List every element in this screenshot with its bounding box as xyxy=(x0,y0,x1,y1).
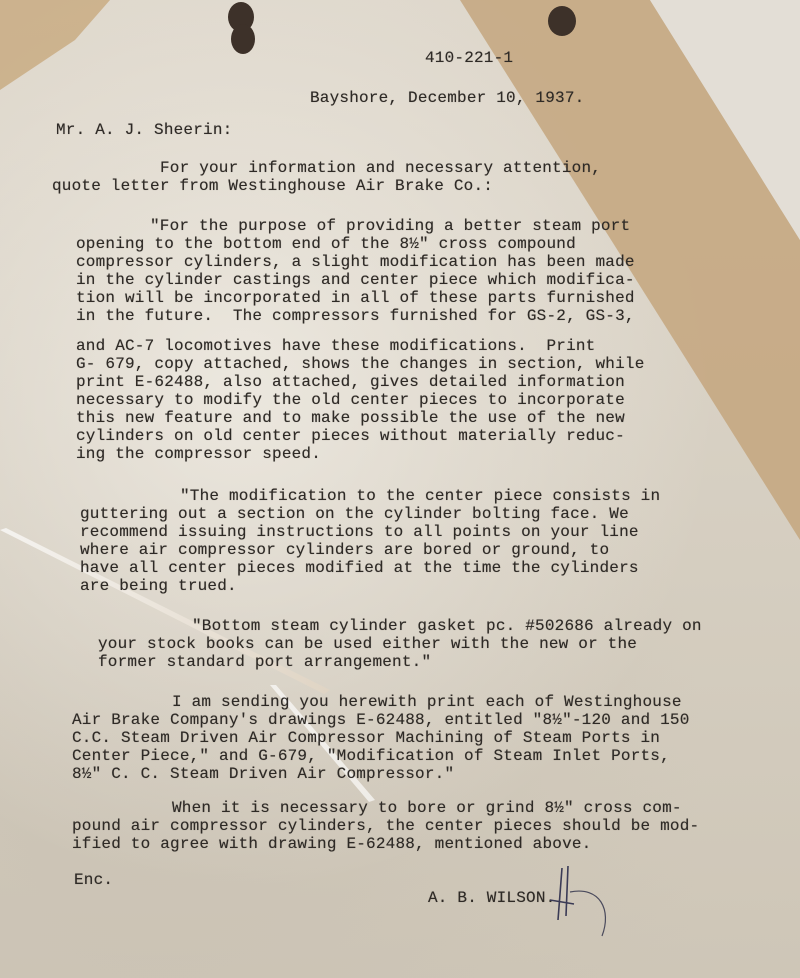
quote-1-line: and AC-7 locomotives have these modifica… xyxy=(76,338,595,355)
signature: A. B. WILSON. xyxy=(428,890,555,907)
quote-2-line: have all center pieces modified at the t… xyxy=(80,560,639,577)
quote-1-line: opening to the bottom end of the 8½" cro… xyxy=(76,236,576,253)
quote-1-line: print E-62488, also attached, gives deta… xyxy=(76,374,625,391)
quote-1-line: "For the purpose of providing a better s… xyxy=(150,218,630,235)
file-number: 410-221-1 xyxy=(425,50,513,67)
quote-3-line: "Bottom steam cylinder gasket pc. #50268… xyxy=(192,618,702,635)
sending-line: I am sending you herewith print each of … xyxy=(172,694,682,711)
quote-1-line: in the future. The compressors furnished… xyxy=(76,308,635,325)
sending-line: Center Piece," and G-679, "Modification … xyxy=(72,748,670,765)
sending-line: 8½" C. C. Steam Driven Air Compressor." xyxy=(72,766,454,783)
quote-1-line: ing the compressor speed. xyxy=(76,446,321,463)
quote-2-line: recommend issuing instructions to all po… xyxy=(80,524,639,541)
enclosure-note: Enc. xyxy=(74,872,113,889)
quote-3-line: your stock books can be used either with… xyxy=(98,636,637,653)
salutation: Mr. A. J. Sheerin: xyxy=(56,122,232,139)
signature-pen-mark xyxy=(540,860,620,940)
dateline: Bayshore, December 10, 1937. xyxy=(310,90,584,107)
quote-2-line: are being trued. xyxy=(80,578,237,595)
sending-line: Air Brake Company's drawings E-62488, en… xyxy=(72,712,690,729)
quote-1-line: this new feature and to make possible th… xyxy=(76,410,625,427)
quote-2-line: "The modification to the center piece co… xyxy=(180,488,660,505)
quote-1-line: compressor cylinders, a slight modificat… xyxy=(76,254,635,271)
sending-line: C.C. Steam Driven Air Compressor Machini… xyxy=(72,730,660,747)
quote-2-line: guttering out a section on the cylinder … xyxy=(80,506,629,523)
intro-line: quote letter from Westinghouse Air Brake… xyxy=(52,178,493,195)
quote-1-line: necessary to modify the old center piece… xyxy=(76,392,625,409)
intro-line: For your information and necessary atten… xyxy=(160,160,601,177)
quote-1-line: tion will be incorporated in all of thes… xyxy=(76,290,635,307)
quote-1-line: G- 679, copy attached, shows the changes… xyxy=(76,356,645,373)
quote-3-line: former standard port arrangement." xyxy=(98,654,431,671)
quote-1-line: cylinders on old center pieces without m… xyxy=(76,428,625,445)
bore-line: ified to agree with drawing E-62488, men… xyxy=(72,836,591,853)
quote-2-line: where air compressor cylinders are bored… xyxy=(80,542,609,559)
bore-line: pound air compressor cylinders, the cent… xyxy=(72,818,699,835)
letter-body: 410-221-1 Bayshore, December 10, 1937. M… xyxy=(0,0,800,978)
bore-line: When it is necessary to bore or grind 8½… xyxy=(172,800,682,817)
quote-1-line: in the cylinder castings and center piec… xyxy=(76,272,635,289)
